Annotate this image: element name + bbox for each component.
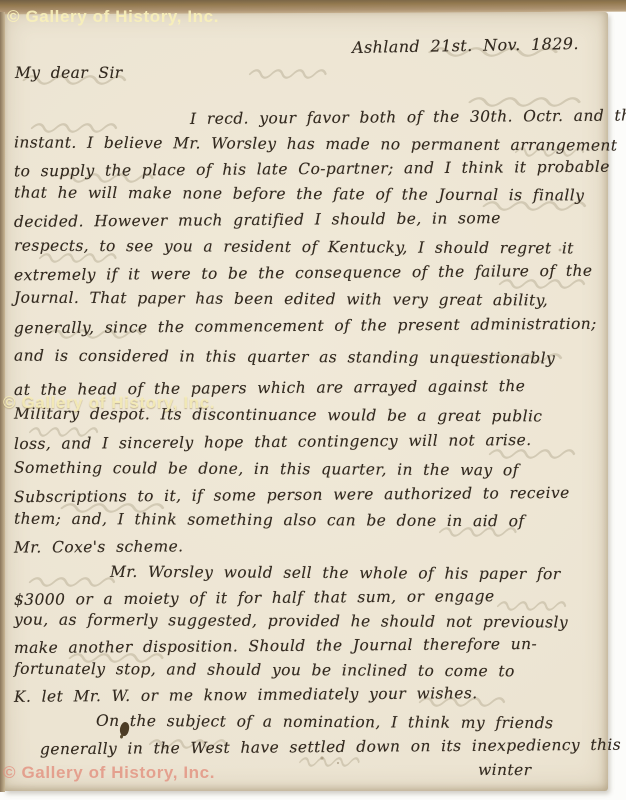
letter-line: K. let Mr. W. or me know immediately you… [14,684,478,706]
watermark-bottom: © Gallery of History, Inc. [3,763,215,783]
letter-line: I recd. your favor both of the 30th. Oct… [190,106,626,128]
letter-line: instant. I believe Mr. Worsley has made … [14,133,618,154]
letter-line: Something could be done, in this quarter… [14,459,519,480]
letter-line: generally, since the commencement of the… [14,315,597,338]
letter-line: Journal. That paper has been edited with… [14,289,548,310]
letter-line: extremely if it were to be the consequen… [14,262,593,285]
letter-line: Subscriptions to it, if some person were… [14,484,570,506]
letter-line: you, as formerly suggested, provided he … [14,611,568,632]
letter-line: generally in the West have settled down … [40,736,621,759]
letter-line: winter [478,761,532,779]
letter-line: On the subject of a nomination, I think … [96,712,553,732]
letter-line: respects, to see you a resident of Kentu… [14,237,574,258]
letter-dateline: Ashland 21st. Nov. 1829. [352,34,579,57]
letter-line: that he will make none before the fate o… [14,184,584,205]
letter-line: decided. However much gratified I should… [14,209,501,231]
letter-line: Mr. Coxe's scheme. [14,537,184,556]
watermark-top: © Gallery of History, Inc. [7,7,219,27]
letter-line: and is considered in this quarter as sta… [14,347,555,368]
letter-line: make another disposition. Should the Jou… [14,635,537,657]
letter-line: to supply the place of his late Co-partn… [14,158,610,181]
letter-line: $3000 or a moiety of it for half that su… [14,587,495,609]
letter-line: Mr. Worsley would sell the whole of his … [110,563,561,583]
letter-line: loss, and I sincerely hope that continge… [14,431,532,453]
letter-salutation: My dear Sir [15,64,123,82]
letter-line: them; and, I think something also can be… [14,510,525,531]
watermark-middle: © Gallery of History, Inc. [3,393,215,413]
letter-line: fortunately stop, and should you be incl… [14,660,515,681]
scanned-letter-photo: Ashland 21st. Nov. 1829. My dear Sir I r… [0,0,626,800]
